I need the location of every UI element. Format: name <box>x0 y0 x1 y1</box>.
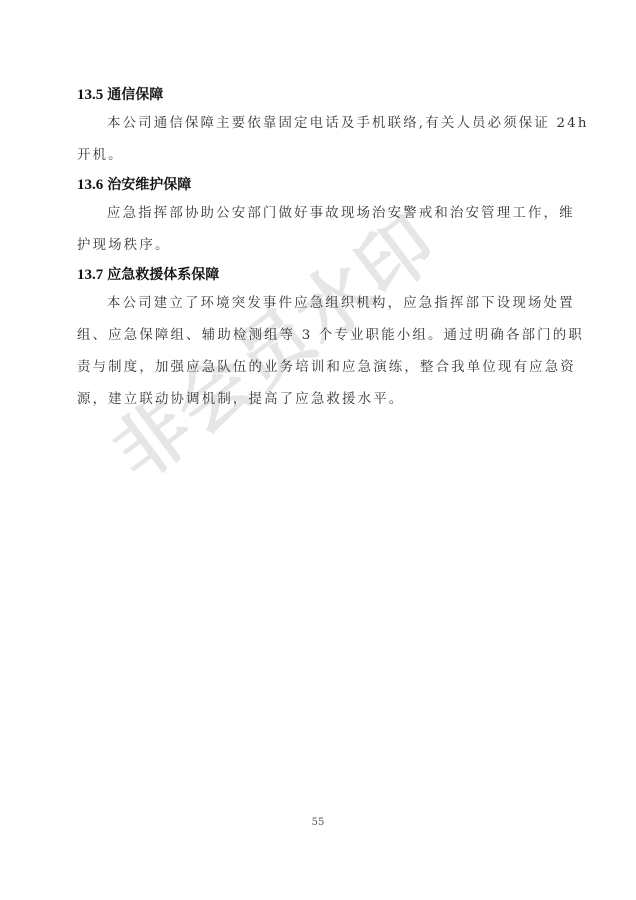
section-title: 治安维护保障 <box>107 177 191 193</box>
section-heading: 13.7应急救援体系保障 <box>77 264 557 286</box>
document-page: 非会员水印 13.5通信保障 本公司通信保障主要依靠固定电话及手机联络,有关人员… <box>0 0 636 900</box>
paragraph-line: 组、应急保障组、辅助检测组等 3 个专业职能小组。通过明确各部门的职 <box>77 320 557 352</box>
paragraph-line: 本公司建立了环境突发事件应急组织机构，应急指挥部下设现场处置 <box>77 288 557 320</box>
section-heading: 13.5通信保障 <box>77 84 557 106</box>
paragraph-line: 开机。 <box>77 140 557 172</box>
paragraph-line: 源，建立联动协调机制，提高了应急救援水平。 <box>77 384 557 416</box>
paragraph-line: 护现场秩序。 <box>77 230 557 262</box>
section-number: 13.7 <box>77 267 103 283</box>
section-13-5: 13.5通信保障 本公司通信保障主要依靠固定电话及手机联络,有关人员必须保证 2… <box>77 84 557 172</box>
section-paragraph: 本公司通信保障主要依靠固定电话及手机联络,有关人员必须保证 24h 开机。 <box>77 108 557 172</box>
section-paragraph: 本公司建立了环境突发事件应急组织机构，应急指挥部下设现场处置 组、应急保障组、辅… <box>77 288 557 416</box>
section-paragraph: 应急指挥部协助公安部门做好事故现场治安警戒和治安管理工作，维 护现场秩序。 <box>77 198 557 262</box>
section-title: 应急救援体系保障 <box>107 267 219 283</box>
section-title: 通信保障 <box>107 87 163 103</box>
page-content: 13.5通信保障 本公司通信保障主要依靠固定电话及手机联络,有关人员必须保证 2… <box>77 84 557 418</box>
section-13-6: 13.6治安维护保障 应急指挥部协助公安部门做好事故现场治安警戒和治安管理工作，… <box>77 174 557 262</box>
paragraph-line: 本公司通信保障主要依靠固定电话及手机联络,有关人员必须保证 24h <box>77 108 557 140</box>
section-number: 13.6 <box>77 177 103 193</box>
section-number: 13.5 <box>77 87 103 103</box>
section-13-7: 13.7应急救援体系保障 本公司建立了环境突发事件应急组织机构，应急指挥部下设现… <box>77 264 557 416</box>
page-number: 55 <box>0 817 636 828</box>
section-heading: 13.6治安维护保障 <box>77 174 557 196</box>
paragraph-line: 责与制度，加强应急队伍的业务培训和应急演练，整合我单位现有应急资 <box>77 352 557 384</box>
paragraph-line: 应急指挥部协助公安部门做好事故现场治安警戒和治安管理工作，维 <box>77 198 557 230</box>
